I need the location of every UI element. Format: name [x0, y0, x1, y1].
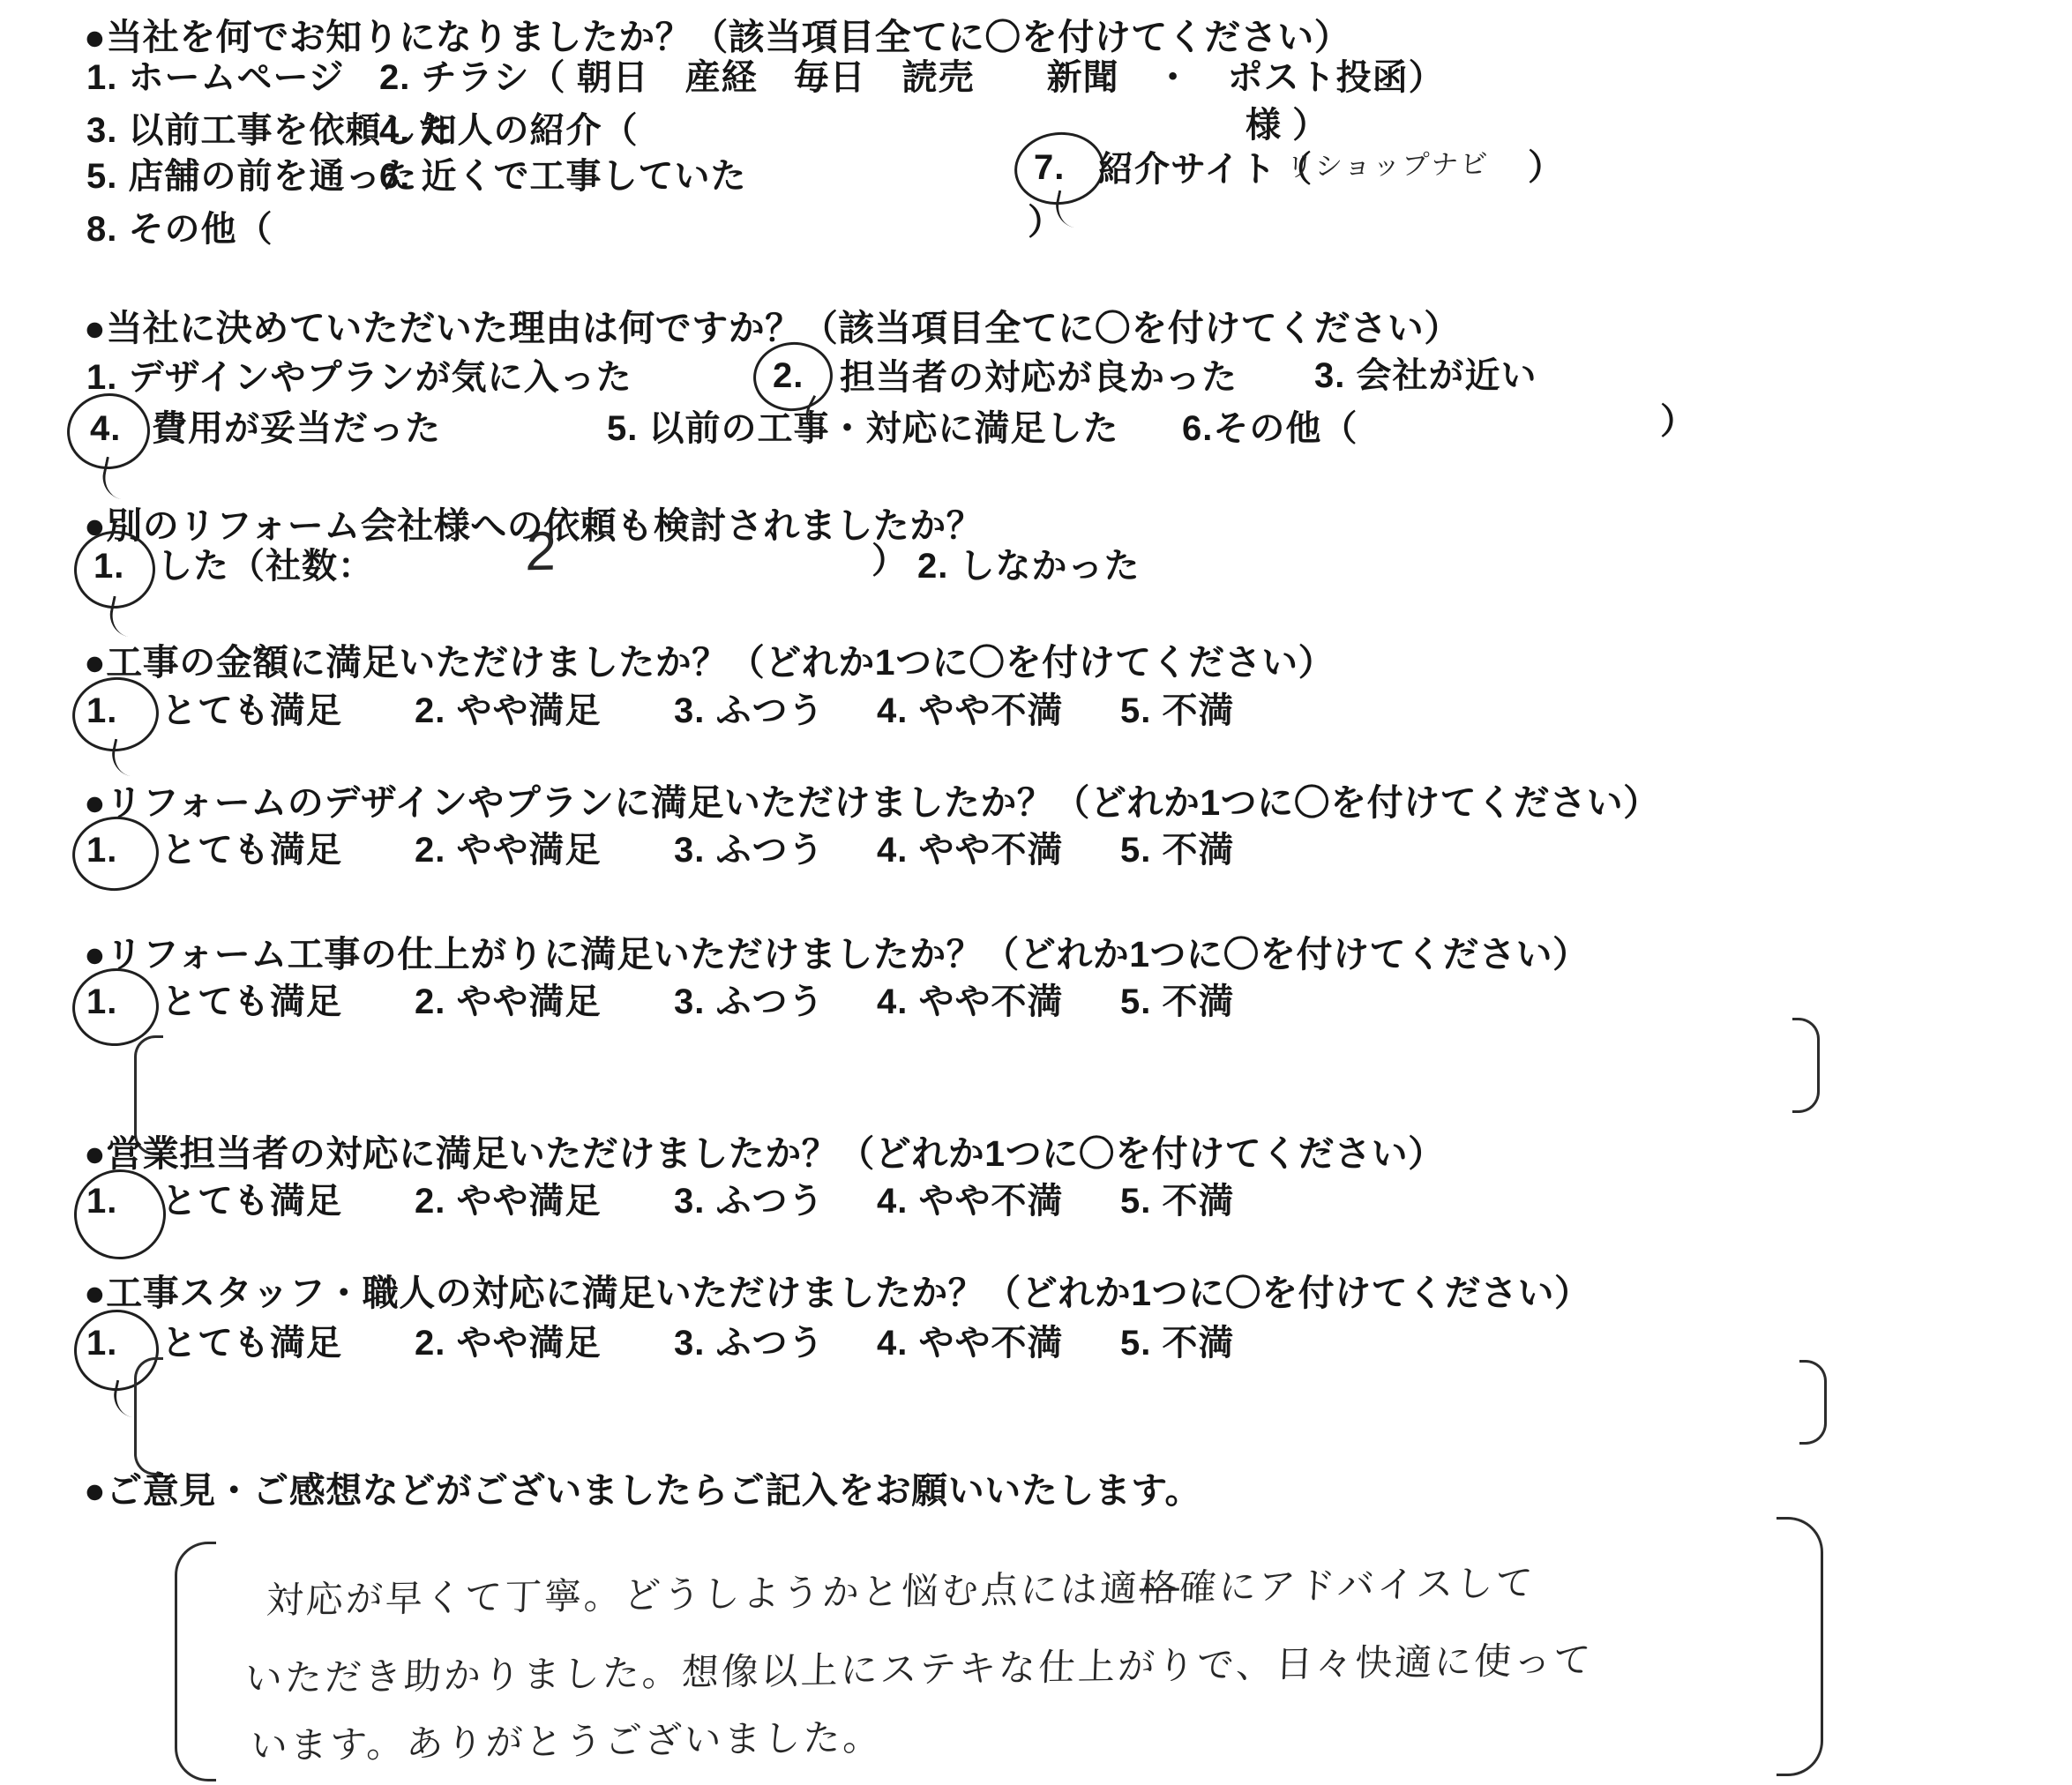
q1-option-6: 6. 近くで工事していた [379, 157, 746, 196]
q1-option-7-label: 紹介サイト（ [1098, 150, 1313, 189]
q2-option-3: 3. 会社が近い [1314, 356, 1537, 395]
q8-options-row: 1. とても満足 2. やや満足 3. ふつう 4. やや不満 5. 不満 [86, 1324, 1427, 1380]
q3-option-1-label: した（社数： [157, 547, 374, 586]
handwritten-left-bracket-comment [175, 1542, 216, 1781]
q6-option-1: とても満足 [161, 982, 342, 1021]
q7-option-1-num: 1. [86, 1182, 117, 1221]
q1-option-8: 8. その他（ [86, 210, 273, 249]
q2-option-4-num: 4. [90, 409, 121, 448]
q4-option-1-num: 1. [86, 691, 117, 730]
q3-option-1-close: ） [871, 541, 908, 580]
comment-line-1-post: 確にアドバイスして [1178, 1562, 1537, 1609]
comment-line-3: います。ありがとうございました。 [250, 1708, 884, 1770]
q2-option-6: 6.その他（ [1182, 409, 1358, 448]
q2-option-4-label: 費用が妥当だった [152, 409, 441, 448]
q4-option-1: とても満足 [161, 691, 342, 730]
q6-option-4: 4. やや不満 [877, 982, 1063, 1021]
q4-option-2: 2. やや満足 [415, 691, 601, 730]
q2-heading: ●当社に決めていただいた理由は何ですか？（該当項目全てに〇を付けてください） [84, 309, 1461, 348]
q9-heading: ●ご意見・ご感想などがございましたらご記入をお願いいたします。 [84, 1471, 1201, 1511]
q1-option-7-num: 7. [1034, 148, 1065, 187]
handwritten-right-bracket-2 [1799, 1360, 1827, 1445]
q2-option-6-close: ） [1660, 402, 1696, 441]
q1-option-4: 4. 知人の紹介（ [379, 111, 638, 150]
q4-options-row: 1. とても満足 2. やや満足 3. ふつう 4. やや不満 5. 不満 [86, 691, 1427, 748]
q4-option-4: 4. やや不満 [877, 691, 1063, 730]
q6-option-2: 2. やや満足 [415, 982, 601, 1021]
q7-option-2: 2. やや満足 [415, 1182, 601, 1221]
q2-option-5: 5. 以前の工事・対応に満足した [607, 409, 1118, 448]
handwritten-right-bracket-1 [1792, 1018, 1820, 1113]
q7-option-1: とても満足 [161, 1182, 342, 1221]
q7-option-4: 4. やや不満 [877, 1182, 1063, 1221]
q7-option-5: 5. 不満 [1120, 1182, 1234, 1221]
q5-option-1: とても満足 [161, 831, 342, 870]
q8-option-1-num: 1. [86, 1324, 117, 1363]
q5-option-3: 3. ふつう [674, 831, 824, 870]
comment-line-1-struck-text: 格 [1139, 1567, 1180, 1609]
q1-heading: ●当社を何でお知りになりましたか？（該当項目全てに〇を付けてください） [84, 18, 1350, 57]
q6-option-3: 3. ふつう [674, 982, 824, 1021]
q8-option-1: とても満足 [161, 1324, 342, 1363]
q8-heading: ●工事スタッフ・職人の対応に満足いただけましたか？（どれか1つに〇を付けてくださ… [84, 1273, 1591, 1313]
q7-option-3: 3. ふつう [674, 1182, 824, 1221]
q5-option-4: 4. やや不満 [877, 831, 1063, 870]
q1-option-5: 5. 店舗の前を通った [86, 157, 417, 196]
q1-option-1: 1. ホームページ [86, 58, 345, 97]
q1-option-7-close: ） [1528, 148, 1564, 187]
q8-option-5: 5. 不満 [1120, 1324, 1234, 1363]
comment-line-1: 対応が早くて丁寧。どうしようかと悩む点には適格確にアドバイスして [266, 1554, 1537, 1624]
q8-option-3: 3. ふつう [674, 1324, 824, 1363]
q2-option-2-num: 2. [773, 356, 804, 395]
q6-heading: ●リフォーム工事の仕上がりに満足いただけましたか？（どれか1つに〇を付けてくださ… [84, 935, 1590, 975]
q7-heading: ●営業担当者の対応に満足いただけましたか？（どれか1つに〇を付けてください） [84, 1134, 1445, 1174]
survey-scan-page: ●当社を何でお知りになりましたか？（該当項目全てに〇を付けてください） 1. ホ… [0, 0, 2072, 1785]
q4-heading: ●工事の金額に満足いただけましたか？（どれか1つに〇を付けてください） [84, 643, 1335, 683]
q5-option-1-num: 1. [86, 831, 117, 870]
q3-company-count-handwritten: 2 [525, 520, 557, 584]
q1-option-4-close: 様 ） [1245, 106, 1328, 145]
q5-option-2: 2. やや満足 [415, 831, 601, 870]
q4-option-3: 3. ふつう [674, 691, 824, 730]
handwritten-left-bracket-2 [134, 1357, 163, 1475]
q6-option-1-num: 1. [86, 982, 117, 1021]
q1-option-2: 2. チラシ（ 朝日 産経 毎日 読売 新聞 ・ ポスト投函） [379, 58, 1445, 97]
q2-option-1: 1. デザインやプランが気に入った [86, 358, 632, 397]
q4-option-5: 5. 不満 [1120, 691, 1234, 730]
q3-option-2: 2. しなかった [917, 547, 1140, 586]
q5-heading: ●リフォームのデザインやプランに満足いただけましたか？（どれか1つに〇を付けてく… [84, 783, 1660, 823]
q8-option-2: 2. やや満足 [415, 1324, 601, 1363]
q1-option-7-handwritten-value: リショップナビ [1285, 141, 1490, 183]
q8-option-4: 4. やや不満 [877, 1324, 1063, 1363]
q7-options-row: 1. とても満足 2. やや満足 3. ふつう 4. やや不満 5. 不満 [86, 1182, 1427, 1238]
q5-option-5: 5. 不満 [1120, 831, 1234, 870]
q1-option-8-close: ） [1028, 203, 1064, 242]
q6-options-row: 1. とても満足 2. やや満足 3. ふつう 4. やや不満 5. 不満 [86, 982, 1427, 1039]
q3-option-1-num: 1. [94, 547, 124, 586]
handwritten-circle-q7-option1 [70, 1165, 170, 1264]
q6-option-5: 5. 不満 [1120, 982, 1234, 1021]
comment-line-1-pre: 対応が早くて丁寧。どうしようかと悩む点には適 [266, 1567, 1141, 1621]
handwritten-right-bracket-comment [1777, 1517, 1823, 1776]
comment-line-2: いただき助かりました。想像以上にステキな仕上がりで、日々快適に使って [244, 1631, 1594, 1702]
q2-option-2-label: 担当者の対応が良かった [840, 358, 1238, 397]
q5-options-row: 1. とても満足 2. やや満足 3. ふつう 4. やや不満 5. 不満 [86, 831, 1427, 887]
